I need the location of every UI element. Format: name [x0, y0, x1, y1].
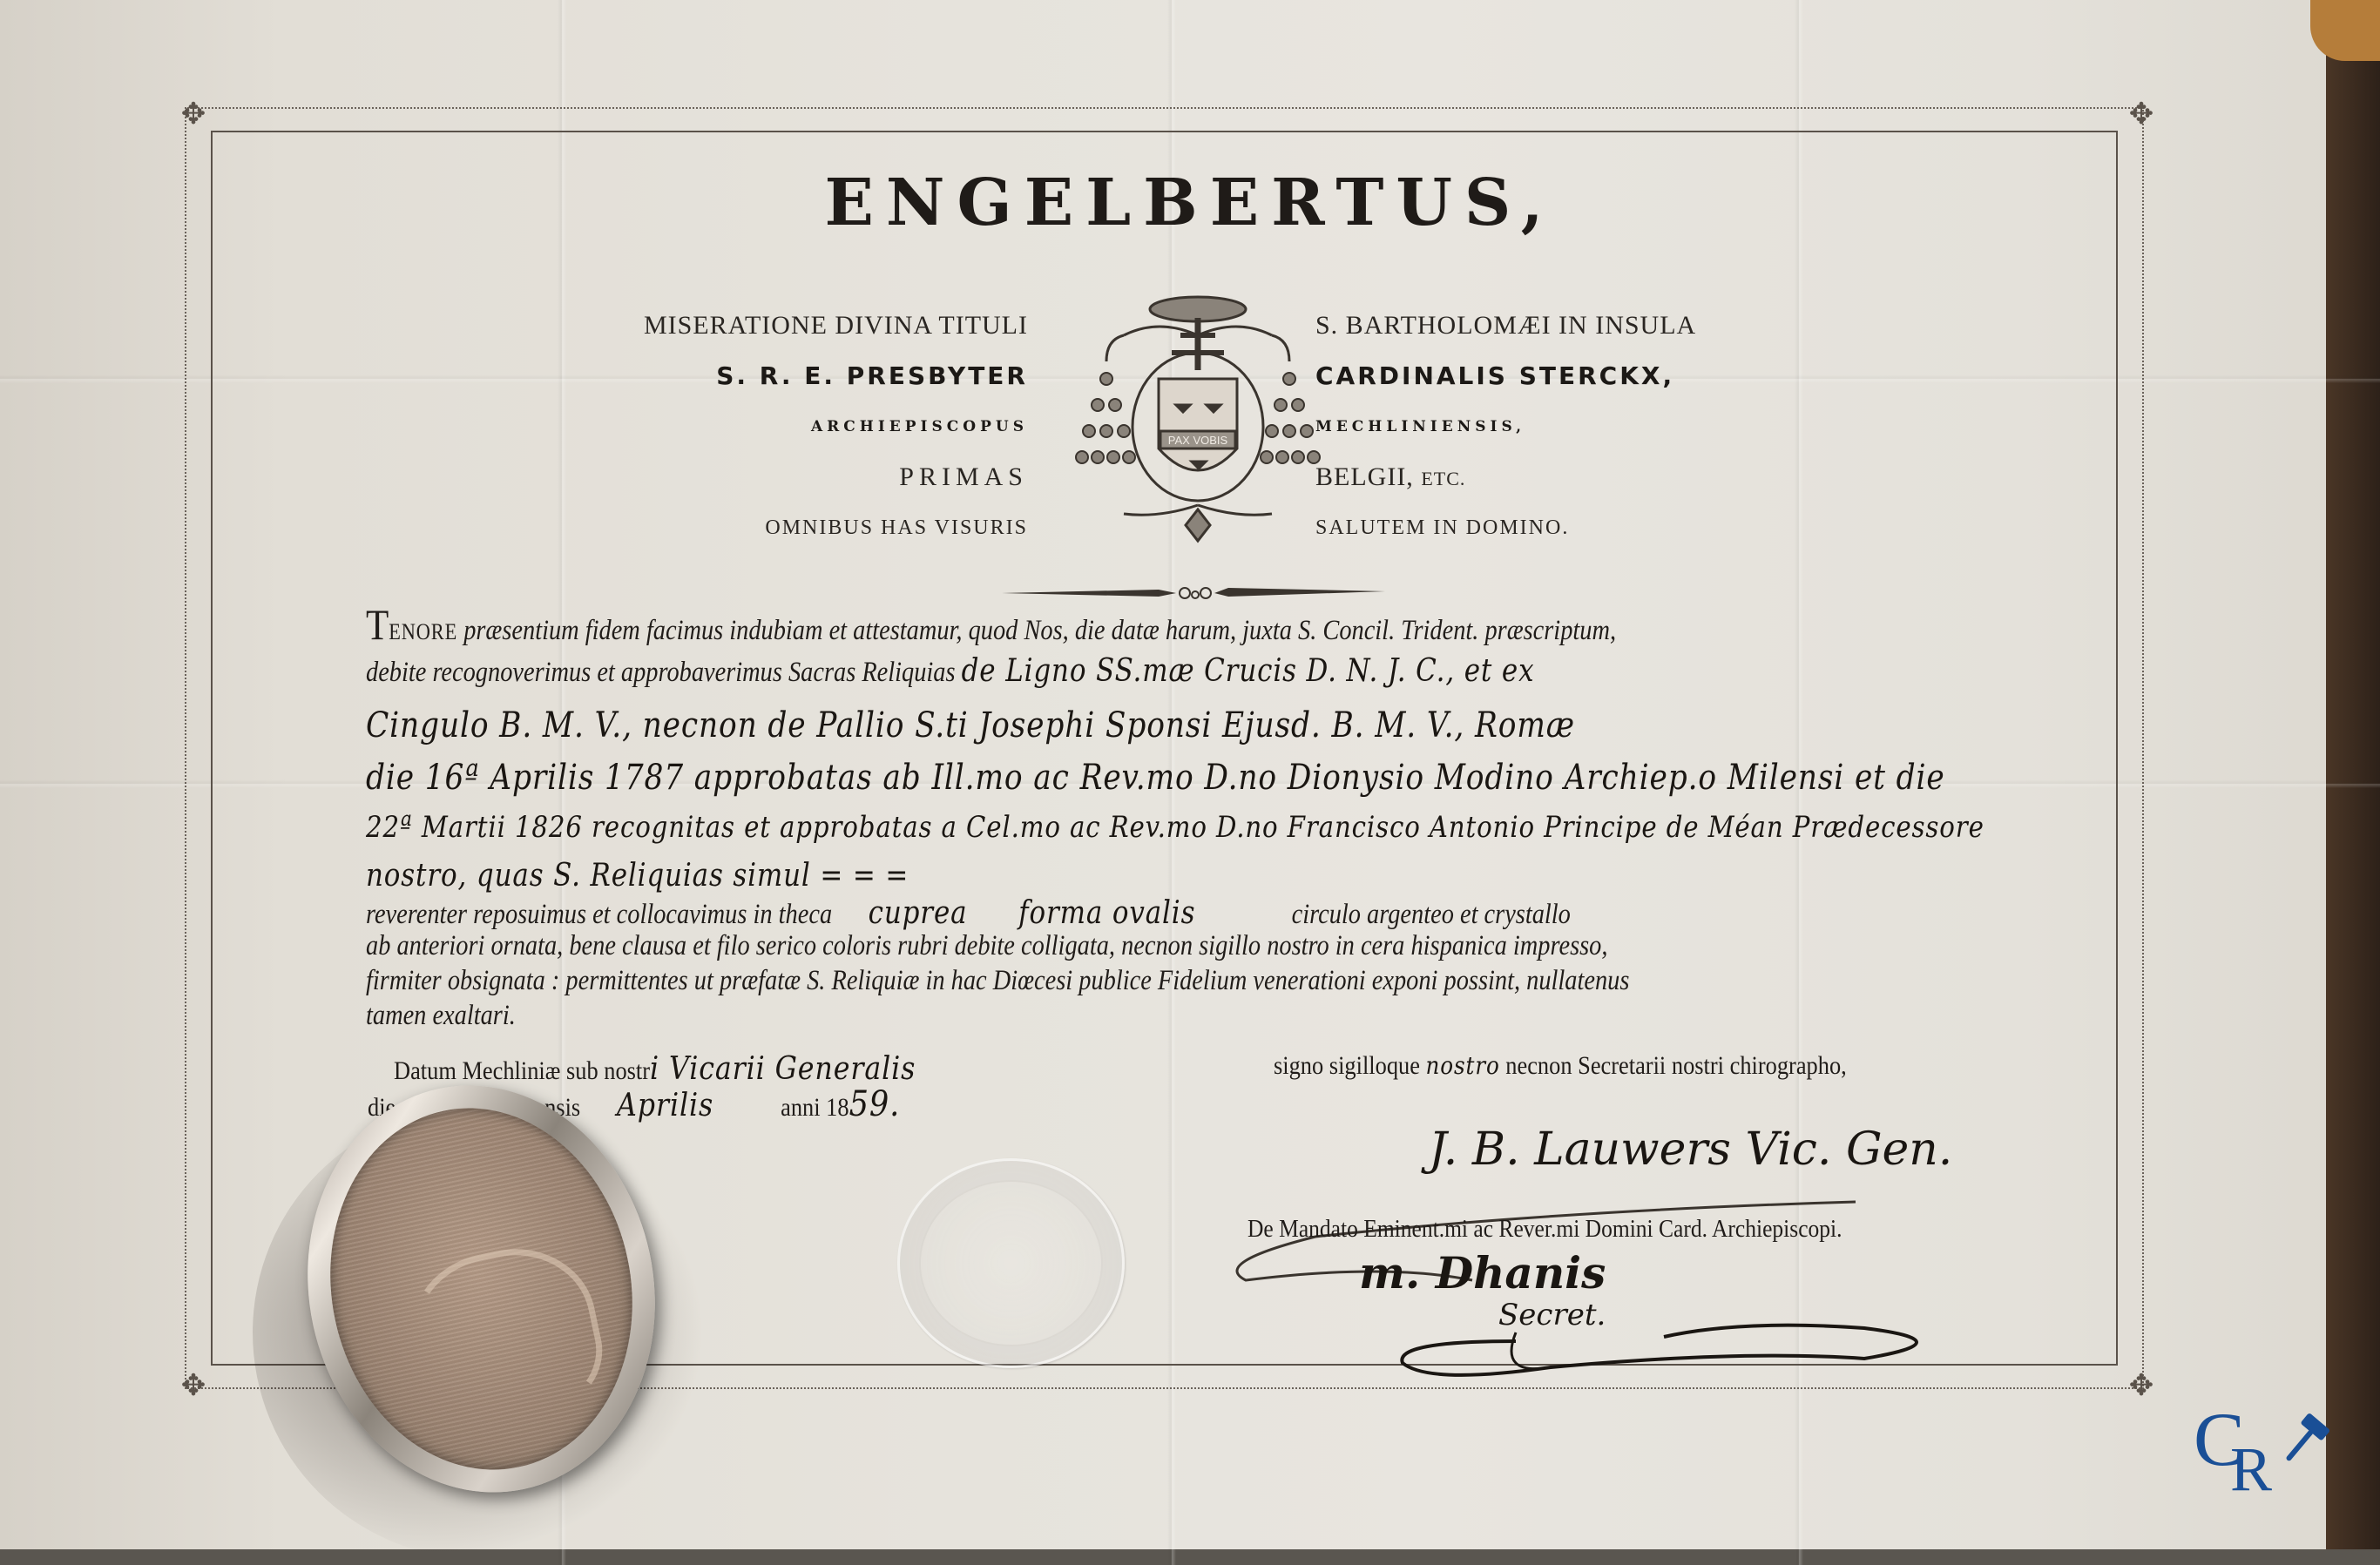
drop-cap: T [366, 600, 389, 649]
smallcaps-word: ENORE [389, 619, 457, 644]
handwritten-text: Aprilis [617, 1088, 713, 1123]
handwritten-text: forma ovalis [1018, 895, 1195, 931]
background-bottom-edge [0, 1549, 2380, 1565]
handwritten-text: nostro, quas S. Reliquias simul = = = [366, 858, 909, 894]
embossed-seal [897, 1158, 1125, 1368]
body-line-5: 22ª Martii 1826 recognitas et approbatas… [366, 810, 1767, 845]
body-line-2: debite recognoverimus et approbaverimus … [366, 653, 1767, 689]
body-line-10: tamen exaltari. [366, 1000, 1767, 1032]
handwritten-text: cuprea [869, 895, 968, 931]
corner-ornament-icon: ✥ [2122, 1367, 2160, 1406]
body-line-8: ab anteriori ornata, bene clausa et filo… [366, 930, 1767, 962]
header-left-line: MISERATIONE DIVINA TITULI [644, 300, 1028, 351]
header-left-column: MISERATIONE DIVINA TITULI S. R. E. PRESB… [644, 300, 1028, 553]
header-right-column: S. BARTHOLOMÆI IN INSULA CARDINALIS STER… [1315, 300, 1696, 553]
corner-ornament-icon: ✥ [2122, 96, 2160, 134]
handwritten-text: die 16ª Aprilis 1787 approbatas ab Ill.m… [366, 758, 1945, 798]
header-left-line: ARCHIEPISCOPUS [644, 401, 1028, 452]
printed-text: reverenter reposuimus et collocavimus in… [366, 899, 838, 930]
logo-letter-r: R [2230, 1433, 2272, 1506]
handwritten-text: 22ª Martii 1826 recognitas et approbatas… [366, 810, 1984, 845]
body-line-9: firmiter obsignata : permittentes ut præ… [366, 965, 1767, 997]
body-line-7: reverenter reposuimus et collocavimus in… [366, 895, 1767, 931]
header-right-line: MECHLINIENSIS, [1315, 401, 1696, 452]
header-right-line: S. BARTHOLOMÆI IN INSULA [1315, 300, 1696, 351]
printed-text: signo sigilloque [1274, 1051, 1420, 1080]
handwritten-text: i Vicarii Generalis [650, 1051, 916, 1087]
vicar-general-signature: J. B. Lauwers Vic. Gen. [1429, 1123, 1952, 1176]
handwritten-text: nostro [1426, 1051, 1500, 1080]
secretary-signature: m. Dhanis [1359, 1247, 1606, 1299]
reliquary-ribbon [396, 1233, 614, 1437]
background-wood-corner [2310, 0, 2380, 61]
cardinal-coat-of-arms-icon: PAX VOBIS [1072, 283, 1324, 562]
document-title: ENGELBERTUS, [0, 165, 2380, 240]
gavel-icon [2274, 1411, 2335, 1472]
corner-ornament-icon: ✥ [174, 96, 213, 134]
handwritten-text: de Ligno SS.mæ Crucis D. N. J. C., et ex [962, 653, 1535, 689]
printed-text: circulo argenteo et crystallo [1292, 899, 1571, 930]
header-belgii: BELGII, [1315, 462, 1414, 491]
header-right-line: CARDINALIS STERCKX, [1315, 351, 1696, 401]
header-right-line: BELGII, ETC. [1315, 452, 1696, 503]
handwritten-text: Cingulo B. M. V., necnon de Pallio S.ti … [366, 705, 1575, 745]
printed-text: anni 18 [781, 1093, 849, 1122]
body-line-4: die 16ª Aprilis 1787 approbatas ab Ill.m… [366, 758, 1767, 798]
mandate-line: De Mandato Eminent.mi ac Rever.mi Domini… [1247, 1215, 1842, 1244]
coat-motto: PAX VOBIS [1168, 434, 1228, 447]
body-line-1: TENORE præsentium fidem facimus indubiam… [366, 599, 1767, 650]
header-left-line: S. R. E. PRESBYTER [644, 351, 1028, 401]
auction-house-logo: C R [2187, 1402, 2326, 1507]
header-right-line: SALUTEM IN DOMINO. [1315, 503, 1696, 553]
corner-ornament-icon: ✥ [174, 1367, 213, 1406]
printed-text: debite recognoverimus et approbaverimus … [366, 657, 962, 688]
datum-line-1: Datum Mechliniæ sub nostri Vicarii Gener… [394, 1051, 916, 1087]
printed-text: præsentium fidem facimus indubiam et att… [457, 615, 1616, 646]
handwritten-text: 59. [849, 1084, 901, 1124]
header-left-line: PRIMAS [644, 452, 1028, 503]
body-line-3: Cingulo B. M. V., necnon de Pallio S.ti … [366, 705, 1767, 745]
secretary-flourish [1376, 1306, 1969, 1385]
header-etc: ETC. [1421, 468, 1465, 489]
header-left-line: OMNIBUS HAS VISURIS [644, 503, 1028, 553]
printed-text: necnon Secretarii nostri chirographo, [1505, 1051, 1846, 1080]
printed-text: Datum Mechliniæ sub nostr [394, 1056, 650, 1085]
body-line-6: nostro, quas S. Reliquias simul = = = [366, 858, 1767, 894]
datum-line-1b: signo sigilloque nostro necnon Secretari… [1274, 1051, 1847, 1081]
